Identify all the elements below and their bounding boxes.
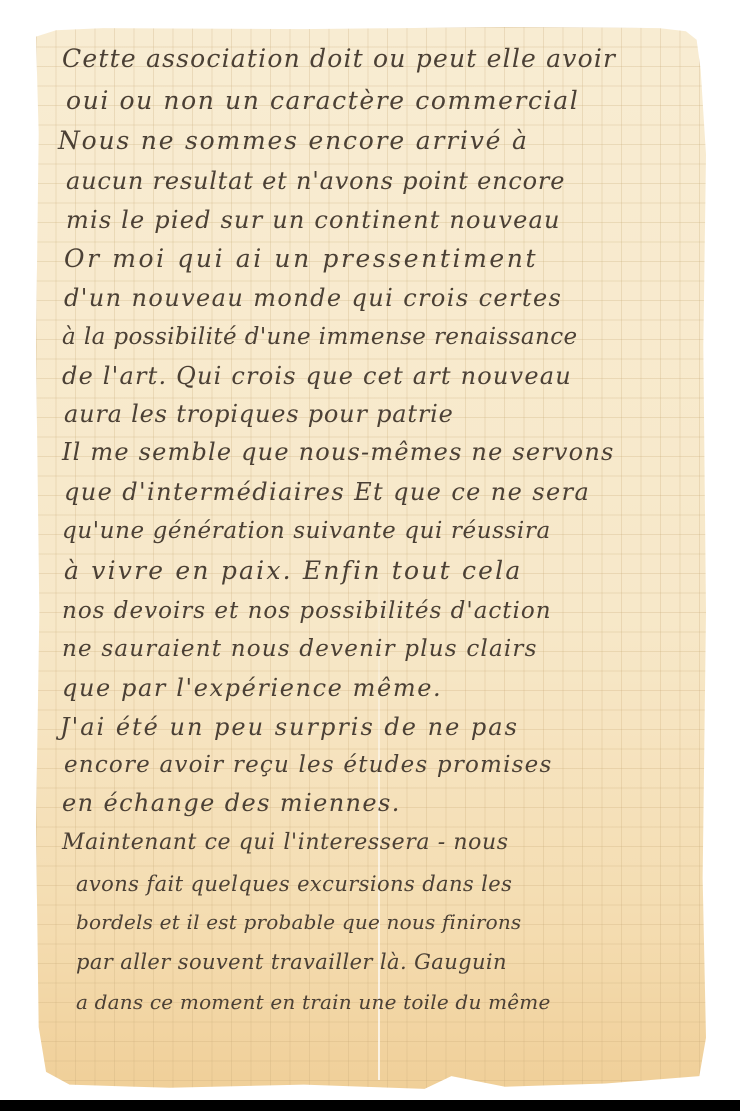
letter-line: mis le pied sur un continent nouveau xyxy=(66,205,561,235)
letter-line: encore avoir reçu les études promises xyxy=(64,750,552,780)
letter-line: bordels et il est probable que nous fini… xyxy=(76,907,521,937)
letter-line: Or moi qui ai un pressentiment xyxy=(64,244,538,274)
letter-line: que par l'expérience même. xyxy=(62,673,442,703)
letter-line: nos devoirs et nos possibilités d'action xyxy=(62,596,552,626)
letter-line: en échange des miennes. xyxy=(62,788,401,818)
letter-line: J'ai été un peu surpris de ne pas xyxy=(60,712,519,742)
letter-line: ne sauraient nous devenir plus clairs xyxy=(62,634,538,664)
letter-line: aura les tropiques pour patrie xyxy=(64,399,454,429)
letter-line: Nous ne sommes encore arrivé à xyxy=(58,126,529,156)
letter-line: avons fait quelques excursions dans les xyxy=(76,869,512,899)
letter-line: Il me semble que nous-mêmes ne servons xyxy=(62,437,615,467)
letter-line: par aller souvent travailler là. Gauguin xyxy=(76,947,507,977)
letter-text: Cette association doit ou peut elle avoi… xyxy=(0,0,740,1100)
letter-line: qu'une génération suivante qui réussira xyxy=(62,516,551,546)
bottom-black-bar xyxy=(0,1100,740,1111)
letter-line: aucun resultat et n'avons point encore xyxy=(66,166,565,196)
letter-line: à vivre en paix. Enfin tout cela xyxy=(64,556,522,586)
letter-line: à la possibilité d'une immense renaissan… xyxy=(62,322,578,352)
letter-line: d'un nouveau monde qui crois certes xyxy=(64,283,562,313)
letter-line: oui ou non un caractère commercial xyxy=(66,86,579,116)
letter-line: de l'art. Qui crois que cet art nouveau xyxy=(62,361,572,391)
letter-line: Cette association doit ou peut elle avoi… xyxy=(62,44,616,74)
letter-line: Maintenant ce qui l'interessera - nous xyxy=(62,828,509,858)
letter-line: que d'intermédiaires Et que ce ne sera xyxy=(64,477,590,507)
letter-line: a dans ce moment en train une toile du m… xyxy=(76,987,550,1017)
